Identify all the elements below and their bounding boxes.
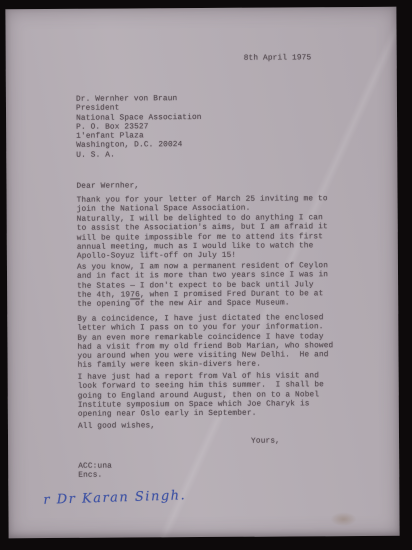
- scanned-letter: 8th April 1975 Dr. Wernher von Braun Pre…: [0, 0, 412, 550]
- recipient-address: Dr. Wernher von Braun President National…: [76, 95, 202, 161]
- paragraph-thanks: Thank you for your letter of March 25 in…: [77, 195, 328, 215]
- paragraph-travel-plans: I have just had a report from Val of his…: [78, 372, 325, 420]
- handwritten-annotation: r Dr Karan Singh.: [43, 488, 186, 508]
- enclosures-note: Encs.: [78, 472, 102, 481]
- signoff: Yours,: [251, 438, 280, 447]
- closing-wishes: All good wishes,: [78, 422, 155, 432]
- paragraph-coincidence: By a coincidence, I have just dictated t…: [77, 314, 333, 371]
- paragraph-meeting: Naturally, I will be delighted to do any…: [77, 214, 328, 262]
- paper-stain: [330, 512, 356, 526]
- paragraph-ceylon: As you know, I am now a permanent reside…: [77, 262, 328, 310]
- salutation: Dear Wernher,: [76, 182, 139, 192]
- letter-paper: 8th April 1975 Dr. Wernher von Braun Pre…: [5, 7, 399, 538]
- paragraph-ceylon-underlined-year: 76: [130, 291, 140, 299]
- typist-reference: ACC:una: [78, 463, 112, 473]
- letter-date: 8th April 1975: [244, 54, 312, 64]
